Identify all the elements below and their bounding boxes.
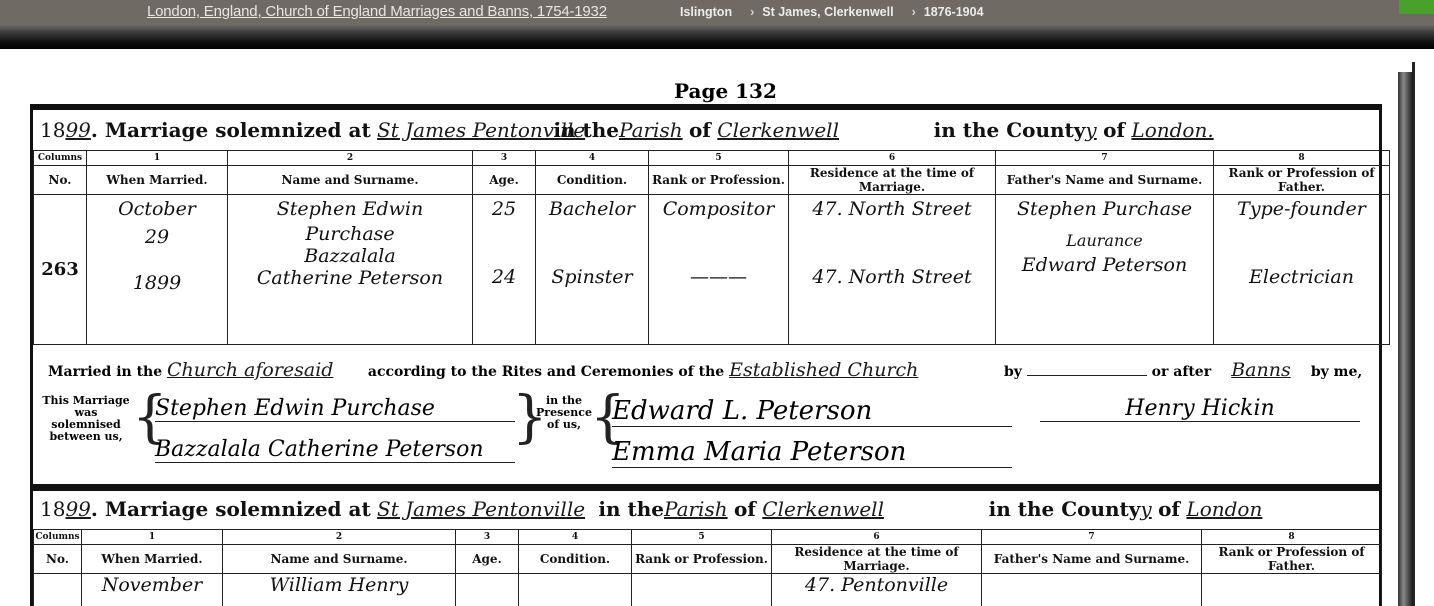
action-button[interactable] (1399, 0, 1434, 14)
scan-book-edge (0, 25, 1434, 49)
col-condition: Condition. (536, 166, 649, 195)
entry-header: 1899. Marriage solemnized at St James Pe… (40, 497, 1296, 521)
register-table: Columns 1 2 3 4 5 6 7 8 No. When Married… (33, 529, 1382, 606)
breadcrumb-item-parish[interactable]: St James, Clerkenwell (762, 5, 893, 19)
book-spine (1398, 72, 1412, 606)
married-in-line: Married in the Church aforesaid accordin… (48, 359, 1362, 381)
presence-label: in the Presence of us, (534, 395, 594, 431)
col-no: No. (34, 166, 87, 195)
witness2-signature: Emma Maria Peterson (612, 437, 1012, 468)
groom-signature: Stephen Edwin Purchase (155, 396, 515, 422)
ages: 25 24 (473, 195, 536, 345)
col-name: Name and Surname. (228, 166, 473, 195)
when-married: October 29 1899 (87, 195, 228, 345)
conditions: Bachelor Spinster (536, 195, 649, 345)
rule (30, 104, 1382, 110)
rule (30, 484, 1382, 491)
col-father-profession: Rank or Profession of Father. (1214, 166, 1390, 195)
chevron-right-icon: › (750, 5, 754, 19)
entry-number: 263 (34, 195, 87, 345)
witness1-signature: Edward L. Peterson (612, 396, 1012, 427)
professions: Compositor ——— (649, 195, 789, 345)
fathers-professions: Type-founder Electrician (1214, 195, 1390, 345)
breadcrumb-bar: London, England, Church of England Marri… (0, 0, 1434, 25)
breadcrumb-item-years[interactable]: 1876-1904 (924, 5, 984, 19)
table-row: November William Henry 47. Pentonville (34, 574, 1382, 606)
col-when-married: When Married. (87, 166, 228, 195)
solemnised-label: This Marriage was solemnised between us, (38, 395, 134, 443)
officiant-signature: Henry Hickin (1040, 396, 1360, 422)
breadcrumb: Islington›St James, Clerkenwell›1876-190… (680, 5, 992, 19)
fathers: Stephen Purchase Laurance Edward Peterso… (996, 195, 1214, 345)
col-residence: Residence at the time of Marriage. (789, 166, 996, 195)
col-age: Age. (473, 166, 536, 195)
breadcrumb-collection-link[interactable]: London, England, Church of England Marri… (147, 3, 607, 20)
bride-signature: Bazzalala Catherine Peterson (155, 437, 515, 463)
col-profession: Rank or Profession. (649, 166, 789, 195)
next-page-edge (1412, 62, 1434, 606)
names: Stephen Edwin Purchase Bazzalala Catheri… (228, 195, 473, 345)
page-number: Page 132 (674, 79, 777, 103)
residences: 47. North Street 47. North Street (789, 195, 996, 345)
breadcrumb-item-islington[interactable]: Islington (680, 5, 732, 19)
col-father: Father's Name and Surname. (996, 166, 1214, 195)
table-row: 263 October 29 1899 Stephen Edwin Purcha… (34, 195, 1390, 345)
entry-header: 1899. Marriage solemnized at St James Pe… (40, 118, 1251, 142)
register-table: Columns 1 2 3 4 5 6 7 8 No. When Married… (33, 150, 1390, 345)
chevron-right-icon: › (912, 5, 916, 19)
